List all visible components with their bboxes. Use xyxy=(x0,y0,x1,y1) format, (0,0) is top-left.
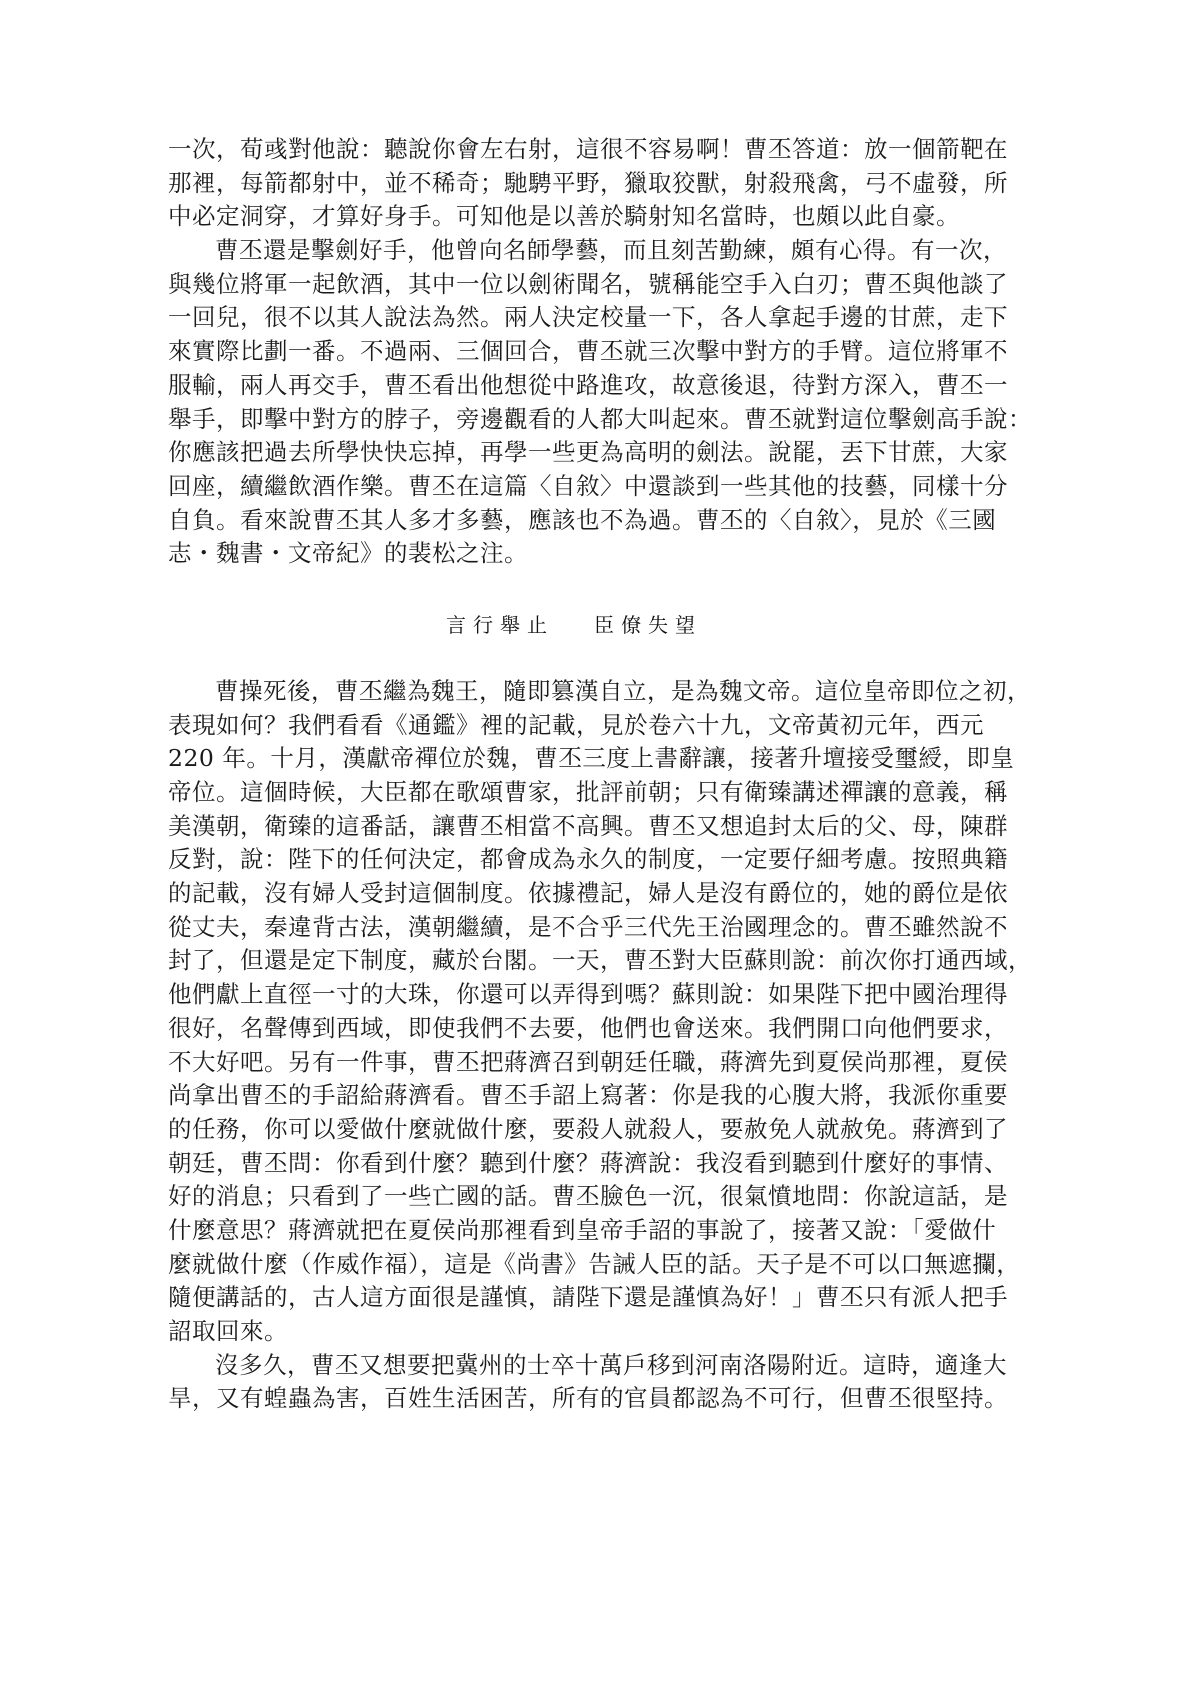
text-line: 從丈夫，秦違背古法，漢朝繼續，是不合乎三代先王治國理念的。曹丕雖然說不 xyxy=(168,911,980,945)
paragraph-start-line: 曹丕還是擊劍好手，他曾向名師學藝，而且刻苦勤練，頗有心得。有一次， xyxy=(168,234,980,268)
text-line: 隨便講話的，古人這方面很是謹慎，請陛下還是謹慎為好！」曹丕只有派人把手 xyxy=(168,1281,980,1315)
spacer xyxy=(168,571,980,605)
text-line: 自負。看來說曹丕其人多才多藝，應該也不為過。曹丕的〈自敘〉，見於《三國 xyxy=(168,504,980,538)
section-continuation: 一次，荀彧對他說：聽說你會左右射，這很不容易啊！曹丕答道：放一個箭靶在 那裡，每… xyxy=(168,133,980,571)
text-line: 很好，名聲傳到西域，即使我們不去要，他們也會送來。我們開口向他們要求， xyxy=(168,1012,980,1046)
text-line: 中必定洞穿，才算好身手。可知他是以善於騎射知名當時，也頗以此自豪。 xyxy=(168,200,980,234)
text-line: 反對，說：陛下的任何決定，都會成為永久的制度，一定要仔細考慮。按照典籍 xyxy=(168,843,980,877)
text-line: 與幾位將軍一起飲酒，其中一位以劍術聞名，號稱能空手入白刃；曹丕與他談了 xyxy=(168,268,980,302)
text-line: 旱，又有蝗蟲為害，百姓生活困苦，所有的官員都認為不可行，但曹丕很堅持。 xyxy=(168,1382,980,1416)
document-page: 一次，荀彧對他說：聽說你會左右射，這很不容易啊！曹丕答道：放一個箭靶在 那裡，每… xyxy=(168,133,980,1416)
text-line: 帝位。這個時候，大臣都在歌頌曹家，批評前朝；只有衛臻講述禪讓的意義，稱 xyxy=(168,776,980,810)
spacer xyxy=(168,645,980,675)
text-line: 服輸，兩人再交手，曹丕看出他想從中路進攻，故意後退，待對方深入，曹丕一 xyxy=(168,369,980,403)
text-line: 一回兒，很不以其人說法為然。兩人決定校量一下，各人拿起手邊的甘蔗，走下 xyxy=(168,301,980,335)
text-line: 詔取回來。 xyxy=(168,1315,980,1349)
text-line: 封了，但還是定下制度，藏於台閣。一天，曹丕對大臣蘇則說：前次你打通西域， xyxy=(168,944,980,978)
text-line: 舉手，即擊中對方的脖子，旁邊觀看的人都大叫起來。曹丕就對這位擊劍高手說： xyxy=(168,403,980,437)
section-heading: 言行舉止臣僚失望 xyxy=(168,605,980,645)
text-line: 一次，荀彧對他說：聽說你會左右射，這很不容易啊！曹丕答道：放一個箭靶在 xyxy=(168,133,980,167)
text-line: 朝廷，曹丕問：你看到什麼？聽到什麼？蔣濟說：我沒看到聽到什麼好的事情、 xyxy=(168,1147,980,1181)
text-line: 表現如何？我們看看《通鑑》裡的記載，見於卷六十九，文帝黃初元年，西元 xyxy=(168,709,980,743)
section-body: 曹操死後，曹丕繼為魏王，隨即篡漢自立，是為魏文帝。這位皇帝即位之初， 表現如何？… xyxy=(168,675,980,1416)
text-line: 他們獻上直徑一寸的大珠，你還可以弄得到嗎？蘇則說：如果陛下把中國治理得 xyxy=(168,978,980,1012)
text-line: 麼就做什麼（作威作福），這是《尚書》告誡人臣的話。天子是不可以口無遮攔， xyxy=(168,1248,980,1282)
paragraph-start-line: 曹操死後，曹丕繼為魏王，隨即篡漢自立，是為魏文帝。這位皇帝即位之初， xyxy=(168,675,980,709)
text-line: 220 年。十月，漢獻帝禪位於魏，曹丕三度上書辭讓，接著升壇接受璽綬，即皇 xyxy=(168,742,980,776)
paragraph-start-line: 沒多久，曹丕又想要把冀州的士卒十萬戶移到河南洛陽附近。這時，適逢大 xyxy=(168,1349,980,1383)
text-line: 美漢朝，衛臻的這番話，讓曹丕相當不高興。曹丕又想追封太后的父、母，陳群 xyxy=(168,810,980,844)
text-line: 好的消息；只看到了一些亡國的話。曹丕臉色一沉，很氣憤地問：你說這話，是 xyxy=(168,1180,980,1214)
text-line: 不大好吧。另有一件事，曹丕把蔣濟召到朝廷任職，蔣濟先到夏侯尚那裡，夏侯 xyxy=(168,1046,980,1080)
text-line: 志・魏書・文帝紀》的裴松之注。 xyxy=(168,537,980,571)
text-line: 的任務，你可以愛做什麼就做什麼，要殺人就殺人，要赦免人就赦免。蔣濟到了 xyxy=(168,1113,980,1147)
text-line: 那裡，每箭都射中，並不稀奇；馳騁平野，獵取狡獸，射殺飛禽，弓不虛發，所 xyxy=(168,167,980,201)
heading-left: 言行舉止 xyxy=(446,613,554,637)
text-line: 來實際比劃一番。不過兩、三個回合，曹丕就三次擊中對方的手臂。這位將軍不 xyxy=(168,335,980,369)
text-line: 什麼意思？蔣濟就把在夏侯尚那裡看到皇帝手詔的事說了，接著又說：「愛做什 xyxy=(168,1214,980,1248)
text-line: 你應該把過去所學快快忘掉，再學一些更為高明的劍法。說罷，丟下甘蔗，大家 xyxy=(168,436,980,470)
text-line: 的記載，沒有婦人受封這個制度。依據禮記，婦人是沒有爵位的，她的爵位是依 xyxy=(168,877,980,911)
text-line: 回座，續繼飲酒作樂。曹丕在這篇〈自敘〉中還談到一些其他的技藝，同樣十分 xyxy=(168,470,980,504)
heading-right: 臣僚失望 xyxy=(594,613,702,637)
text-line: 尚拿出曹丕的手詔給蔣濟看。曹丕手詔上寫著：你是我的心腹大將，我派你重要 xyxy=(168,1079,980,1113)
